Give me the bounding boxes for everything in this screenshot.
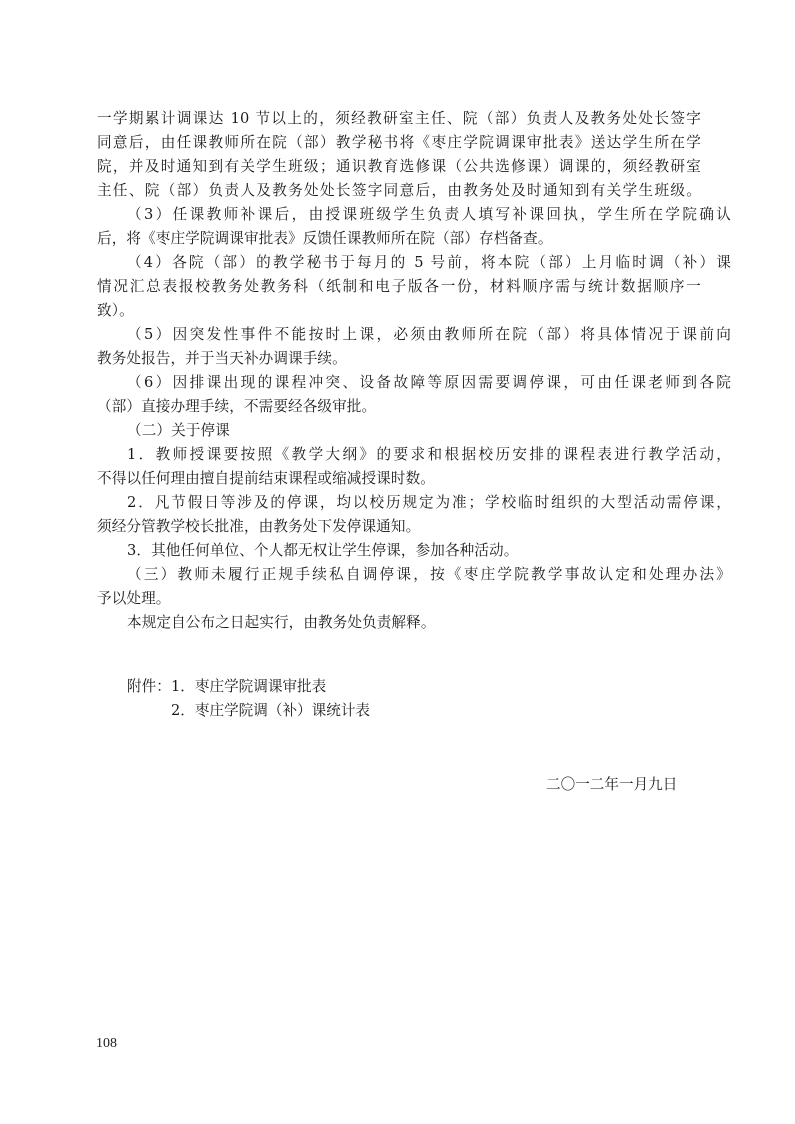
- body-text: 一学期累计调课达 10 节以上的，须经教研室主任、院（部）负责人及教务处处长签字…: [97, 107, 701, 635]
- attachment-item: 附件：1．枣庄学院调课审批表: [127, 675, 370, 699]
- paragraph-line: 同意后，由任课教师所在院（部）教学秘书将《枣庄学院调课审批表》送达学生所在学: [97, 131, 701, 155]
- paragraph-line: 予以处理。: [97, 587, 701, 611]
- paragraph-line: （4）各院（部）的教学秘书于每月的 5 号前，将本院（部）上月临时调（补）课: [97, 251, 731, 275]
- attachment-item: 2．枣庄学院调（补）课统计表: [127, 699, 370, 723]
- document-date: 二〇一二年一月九日: [546, 773, 677, 797]
- paragraph-line: 1．教师授课要按照《教学大纲》的要求和根据校历安排的课程表进行教学活动，: [97, 443, 731, 467]
- paragraph-line: 院，并及时通知到有关学生班级；通识教育选修课（公共选修课）调课的，须经教研室: [97, 155, 701, 179]
- paragraph-line: 致）。: [97, 299, 701, 323]
- page-number: 108: [96, 1033, 117, 1055]
- paragraph-line: （三）教师未履行正规手续私自调停课，按《枣庄学院教学事故认定和处理办法》: [97, 563, 731, 587]
- paragraph-line: 一学期累计调课达 10 节以上的，须经教研室主任、院（部）负责人及教务处处长签字: [97, 107, 701, 131]
- paragraph-line: 3．其他任何单位、个人都无权让学生停课，参加各种活动。: [97, 539, 701, 563]
- paragraph-line: 后，将《枣庄学院调课审批表》反馈任课教师所在院（部）存档备查。: [97, 227, 701, 251]
- paragraph-line: 主任、院（部）负责人及教务处处长签字同意后，由教务处及时通知到有关学生班级。: [97, 179, 701, 203]
- paragraph-line: 本规定自公布之日起实行，由教务处负责解释。: [97, 611, 701, 635]
- paragraph-line: （部）直接办理手续，不需要经各级审批。: [97, 395, 701, 419]
- attachment-title: 1．枣庄学院调课审批表: [171, 678, 326, 695]
- paragraph-line: （6）因排课出现的课程冲突、设备故障等原因需要调停课，可由任课老师到各院: [97, 371, 731, 395]
- attachments-label: 附件：: [127, 675, 171, 699]
- paragraph-line: 须经分管教学校长批准，由教务处下发停课通知。: [97, 515, 701, 539]
- attachments-list: 附件：1．枣庄学院调课审批表 2．枣庄学院调（补）课统计表: [127, 675, 370, 723]
- paragraph-line: （5）因突发性事件不能按时上课，必须由教师所在院（部）将具体情况于课前向: [97, 323, 731, 347]
- paragraph-line: 2．凡节假日等涉及的停课，均以校历规定为准；学校临时组织的大型活动需停课，: [97, 491, 731, 515]
- paragraph-line: 情况汇总表报校教务处教务科（纸制和电子版各一份，材料顺序需与统计数据顺序一: [97, 275, 701, 299]
- document-page: 一学期累计调课达 10 节以上的，须经教研室主任、院（部）负责人及教务处处长签字…: [0, 0, 795, 1124]
- paragraph-line: 教务处报告，并于当天补办调课手续。: [97, 347, 701, 371]
- paragraph-line: （3）任课教师补课后，由授课班级学生负责人填写补课回执，学生所在学院确认: [97, 203, 731, 227]
- attachment-title: 2．枣庄学院调（补）课统计表: [171, 702, 370, 719]
- paragraph-line: 不得以任何理由擅自提前结束课程或缩减授课时数。: [97, 467, 701, 491]
- section-heading: （二）关于停课: [97, 419, 701, 443]
